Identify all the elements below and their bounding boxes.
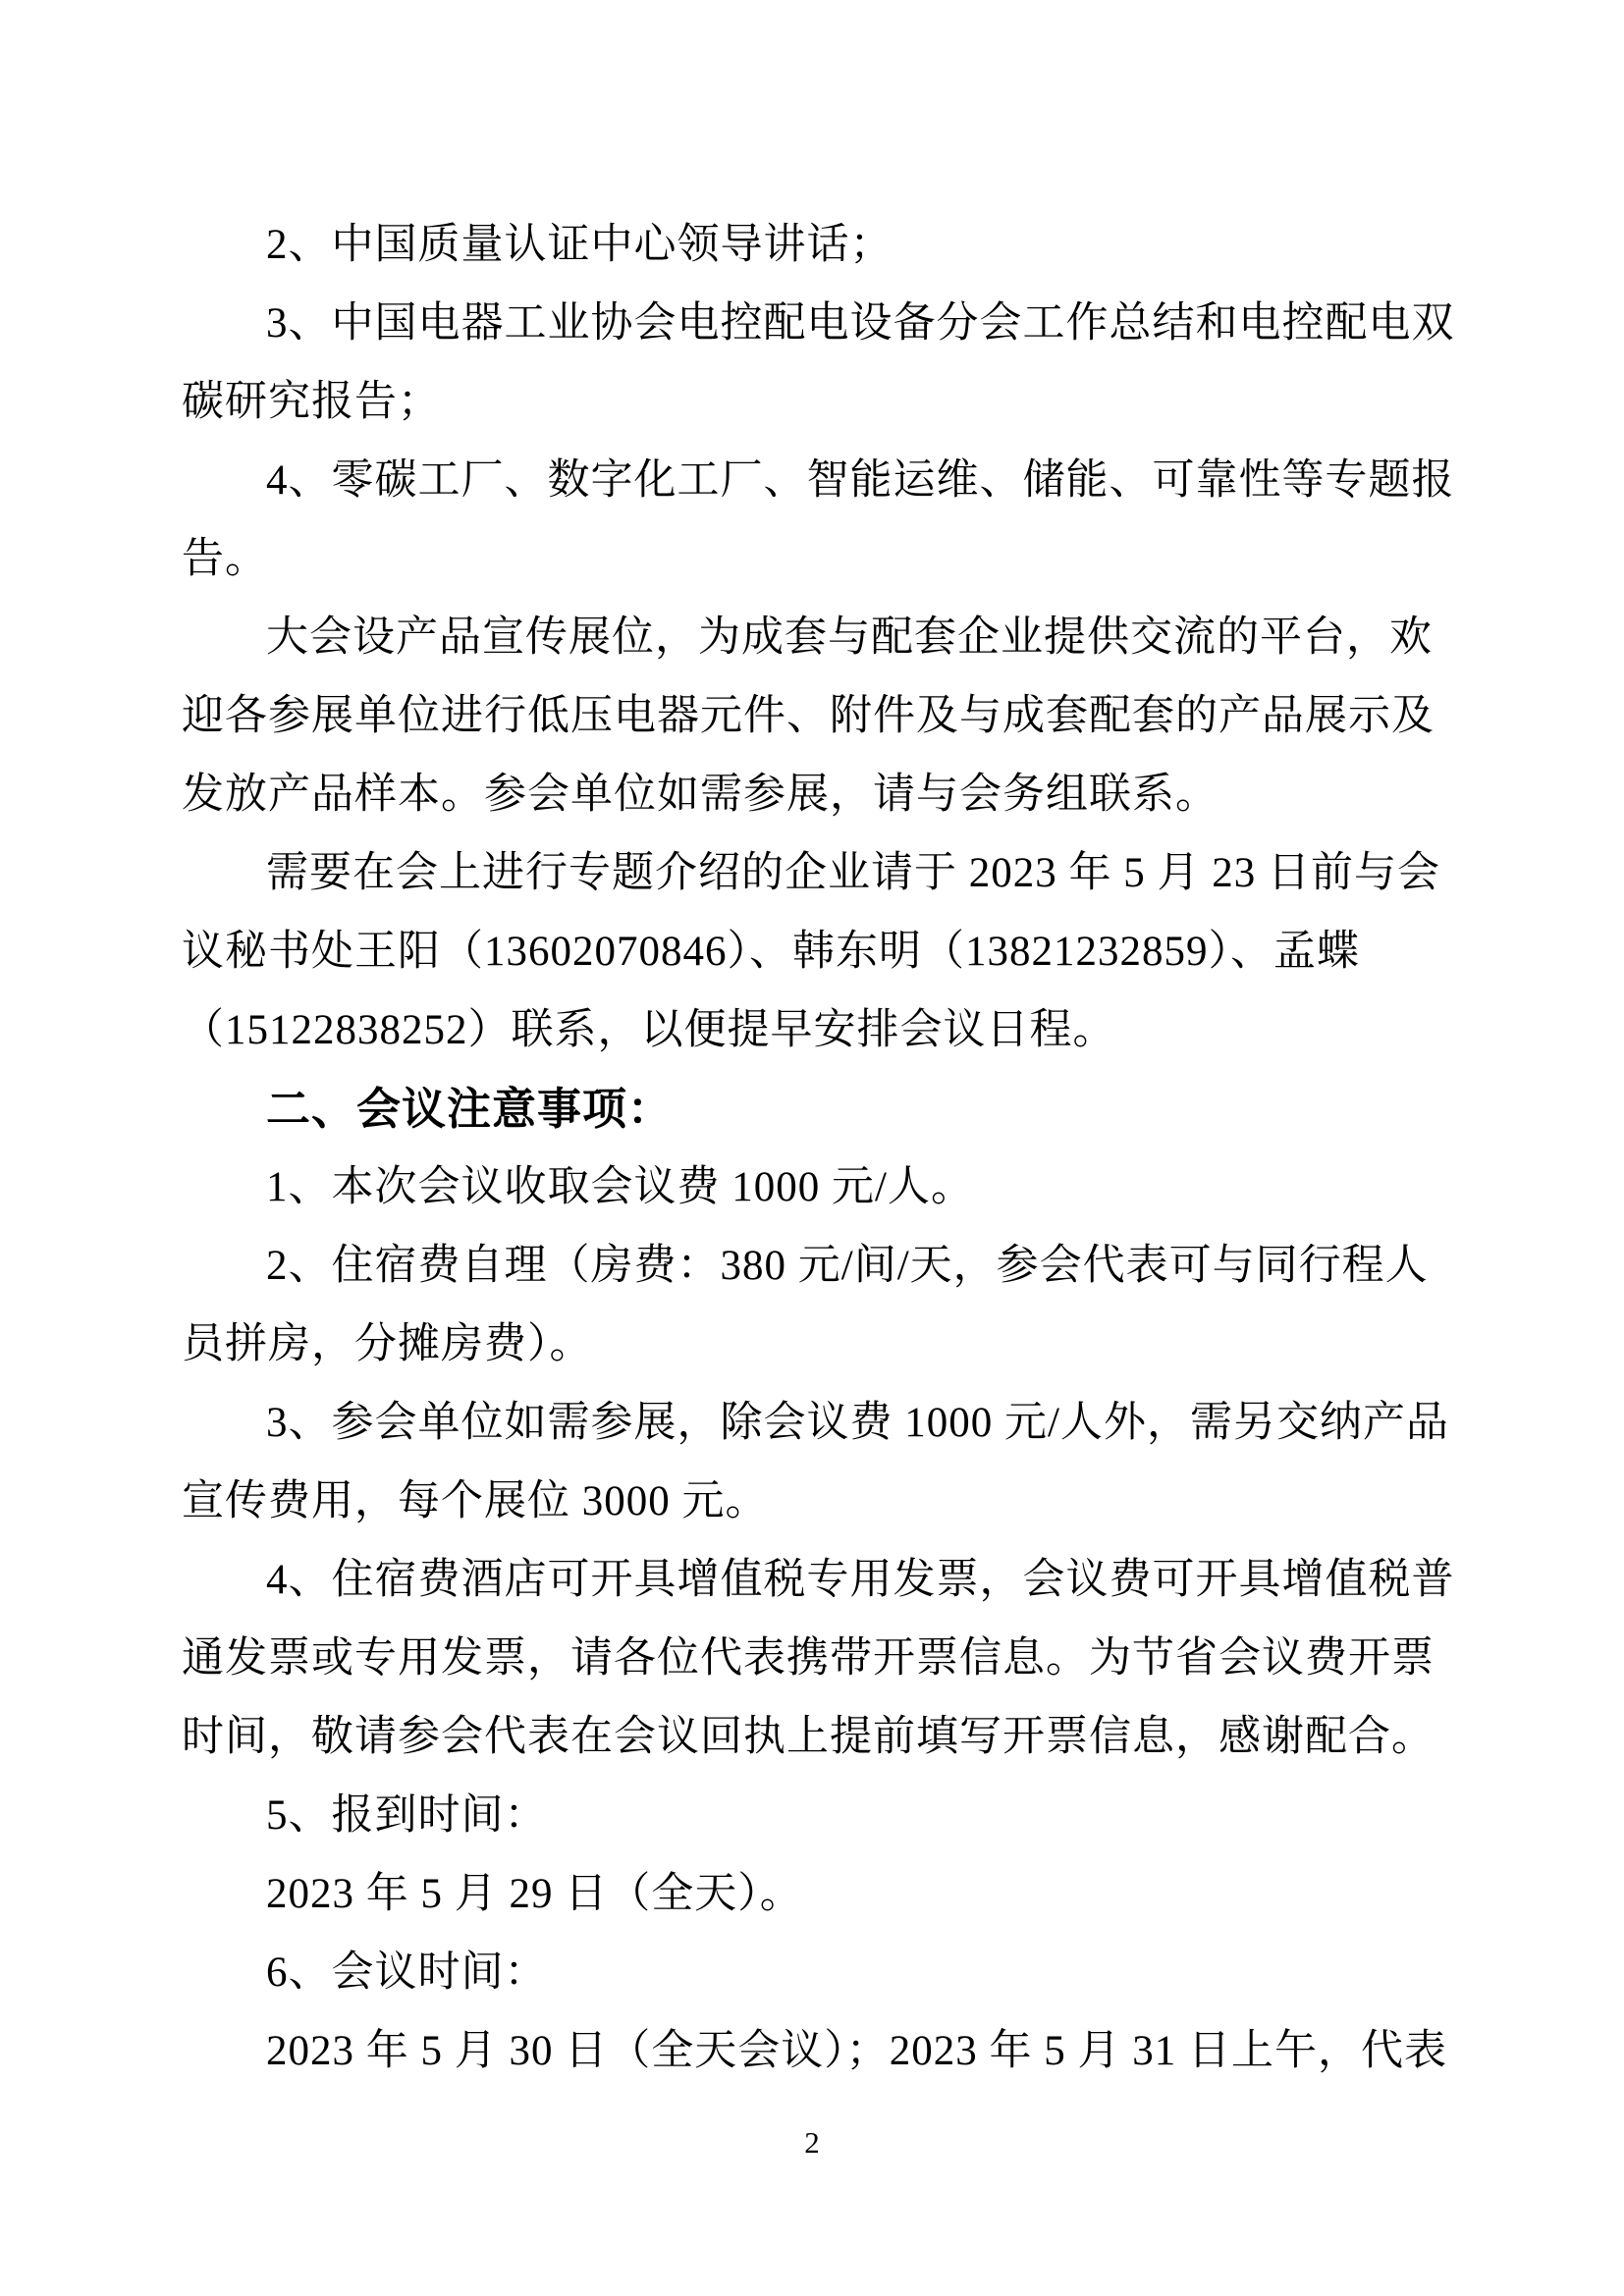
- section-heading: 二、会议注意事项：: [182, 1070, 1446, 1148]
- text-line: 宣传费用，每个展位 3000 元。: [182, 1463, 1446, 1541]
- text-line: 碳研究报告；: [182, 363, 1446, 442]
- text-line: 发放产品样本。参会单位如需参展，请与会务组联系。: [182, 756, 1446, 834]
- text-line: 2023 年 5 月 29 日（全天）。: [182, 1855, 1446, 1934]
- text-line: 通发票或专用发票，请各位代表携带开票信息。为节省会议费开票: [182, 1620, 1446, 1698]
- text-line: 大会设产品宣传展位，为成套与配套企业提供交流的平台，欢: [182, 599, 1446, 677]
- text-line: 4、零碳工厂、数字化工厂、智能运维、储能、可靠性等专题报: [182, 442, 1446, 520]
- text-line: 3、参会单位如需参展，除会议费 1000 元/人外，需另交纳产品: [182, 1384, 1446, 1463]
- text-line: 6、会议时间：: [182, 1934, 1446, 2012]
- text-line: 迎各参展单位进行低压电器元件、附件及与成套配套的产品展示及: [182, 677, 1446, 756]
- text-line: 告。: [182, 520, 1446, 599]
- text-line: 需要在会上进行专题介绍的企业请于 2023 年 5 月 23 日前与会: [182, 834, 1446, 913]
- document-page: 2、中国质量认证中心领导讲话；3、中国电器工业协会电控配电设备分会工作总结和电控…: [0, 0, 1624, 2296]
- text-line: 4、住宿费酒店可开具增值税专用发票，会议费可开具增值税普: [182, 1541, 1446, 1620]
- text-line: （15122838252）联系，以便提早安排会议日程。: [182, 991, 1446, 1070]
- page-number: 2: [0, 2123, 1624, 2163]
- text-line: 议秘书处王阳（13602070846）、韩东明（13821232859）、孟蝶: [182, 913, 1446, 991]
- text-line: 5、报到时间：: [182, 1777, 1446, 1855]
- text-line: 2、住宿费自理（房费：380 元/间/天，参会代表可与同行程人: [182, 1227, 1446, 1306]
- text-block: 2、中国质量认证中心领导讲话；3、中国电器工业协会电控配电设备分会工作总结和电控…: [182, 206, 1446, 2091]
- text-line: 2、中国质量认证中心领导讲话；: [182, 206, 1446, 285]
- text-line: 员拼房，分摊房费）。: [182, 1306, 1446, 1384]
- text-line: 2023 年 5 月 30 日（全天会议）；2023 年 5 月 31 日上午，…: [182, 2012, 1446, 2091]
- text-line: 3、中国电器工业协会电控配电设备分会工作总结和电控配电双: [182, 285, 1446, 363]
- text-line: 时间，敬请参会代表在会议回执上提前填写开票信息，感谢配合。: [182, 1698, 1446, 1777]
- text-line: 1、本次会议收取会议费 1000 元/人。: [182, 1148, 1446, 1227]
